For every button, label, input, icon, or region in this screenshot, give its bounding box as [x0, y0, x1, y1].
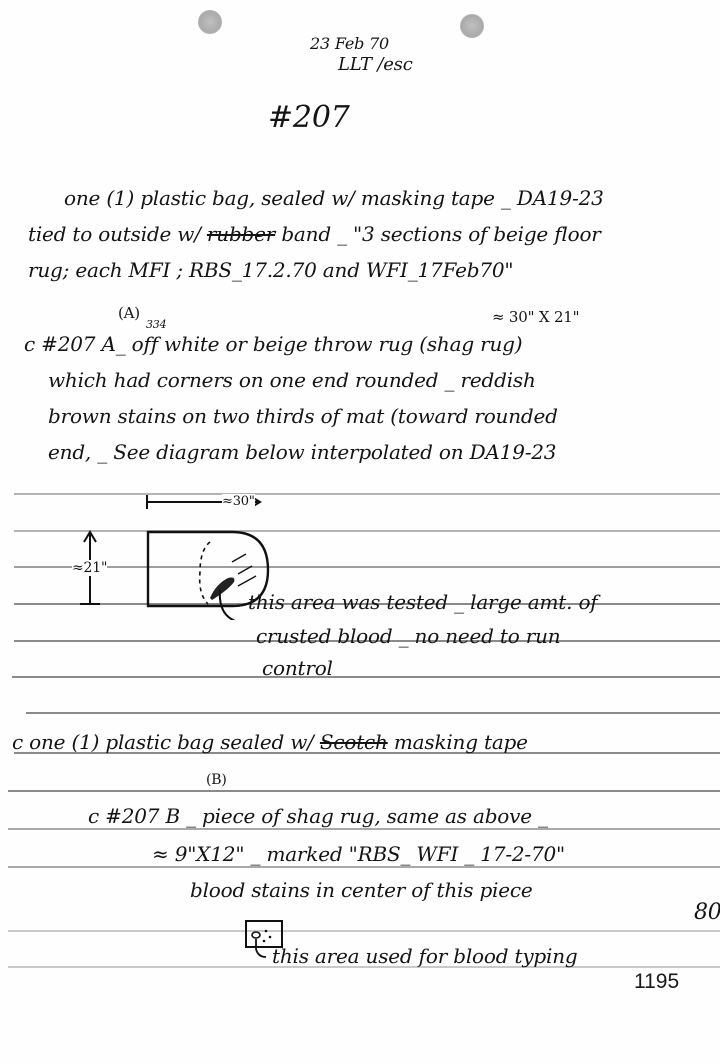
diagram-note-line: crusted blood _ no need to run	[256, 624, 561, 648]
paragraph-2-line: c one (1) plastic bag sealed w/ Scotch m…	[12, 730, 528, 754]
item-number-title: #207	[268, 100, 350, 135]
item-a-label: (A)	[118, 304, 140, 322]
item-b-line: c #207 B _ piece of shag rug, same as ab…	[88, 804, 548, 828]
margin-note: 80	[694, 900, 720, 925]
paragraph-1-line: tied to outside w/ rubber band _ "3 sect…	[28, 222, 601, 246]
item-b-label: (B)	[206, 772, 227, 788]
punch-hole-left	[198, 10, 222, 34]
diagram-height-label: ≈21"	[72, 560, 107, 576]
struck-word: rubber	[207, 222, 275, 246]
ruled-line	[26, 712, 720, 714]
ruled-line	[8, 866, 720, 868]
paragraph-1-line: rug; each MFI ; RBS_17.2.70 and WFI_17Fe…	[28, 258, 513, 282]
item-a-line: c #207 A_ off white or beige throw rug (…	[24, 332, 522, 356]
page-number: 1195	[634, 970, 679, 994]
diagram-note-line: control	[262, 656, 333, 680]
ruled-line	[8, 790, 720, 792]
item-b-diagram-note: this area used for blood typing	[272, 944, 578, 968]
paragraph-1-line: one (1) plastic bag, sealed w/ masking t…	[64, 186, 604, 210]
item-b-line: ≈ 9"X12" _ marked "RBS_ WFI _ 17-2-70"	[152, 842, 565, 866]
struck-word: Scotch	[320, 730, 388, 754]
item-b-line: blood stains in center of this piece	[190, 878, 533, 902]
ruled-line	[12, 676, 720, 678]
diagram-width-label: ≈30"	[222, 494, 255, 509]
item-a-line: end, _ See diagram below interpolated on…	[48, 440, 556, 464]
diagram-note-line: this area was tested _ large amt. of	[248, 590, 598, 614]
header-date: 23 Feb 70	[310, 34, 389, 53]
item-a-superscript: 334	[146, 318, 166, 331]
ruled-line	[8, 930, 720, 932]
item-a-dimension-note: ≈ 30" X 21"	[492, 308, 579, 326]
ruled-line	[8, 828, 720, 830]
header-initials: LLT /esc	[338, 54, 413, 75]
punch-hole-right	[460, 14, 484, 38]
item-a-line: which had corners on one end rounded _ r…	[48, 368, 536, 392]
item-a-line: brown stains on two thirds of mat (towar…	[48, 404, 558, 428]
